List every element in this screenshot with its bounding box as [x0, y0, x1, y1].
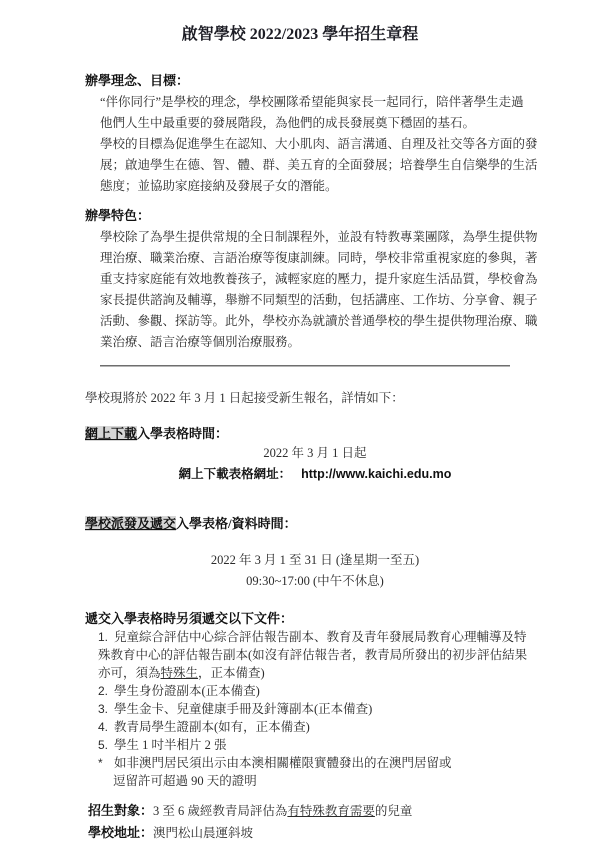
paragraph-line: 學校除了為學生提供常規的全日制課程外，並設有特教專業團隊，為學生提供物	[100, 227, 545, 248]
submission-highlight: 學校派發及遞交	[85, 516, 176, 531]
list-item: 2.學生身份證副本(正本備查)	[98, 682, 545, 700]
submission-heading: 學校派發及遞交入學表格/資料時間：	[85, 515, 545, 533]
list-item-text: 學生 1 吋半相片 2 張	[114, 738, 227, 752]
online-download-date: 2022 年 3 月 1 日起	[85, 443, 545, 464]
submission-heading-rest: 入學表格/資料時間：	[176, 516, 297, 531]
list-item-number: 3.	[98, 700, 114, 718]
list-item-number: 5.	[98, 736, 114, 754]
list-item: 1.兒童綜合評估中心綜合評估報告副本、教育及青年發展局教育心理輔導及特	[98, 628, 545, 646]
enrollment-notice-line: 學校現將於 2022 年 3 月 1 日起接受新生報名，詳情如下：	[85, 389, 545, 407]
admission-notice-document: 啟智學校 2022/2023 學年招生章程 辦學理念、目標： “伴你同行”是學校…	[0, 0, 600, 848]
documents-list: 1.兒童綜合評估中心綜合評估報告副本、教育及青年發展局教育心理輔導及特 殊教育中…	[98, 628, 545, 790]
asterisk-marker: *	[98, 754, 114, 772]
school-address-text: 澳門松山晨運斜坡	[153, 826, 253, 840]
paragraph-line: 家長提供諮詢及輔導，舉辦不同類型的活動，包括講座、工作坊、分享會、親子	[100, 290, 545, 311]
list-item-text: 教青局學生證副本(如有，正本備查)	[114, 720, 310, 734]
underlined-term: 有特殊教育需要	[287, 804, 375, 818]
list-item-text: 兒童綜合評估中心綜合評估報告副本、教育及青年發展局教育心理輔導及特	[114, 630, 527, 644]
page-title: 啟智學校 2022/2023 學年招生章程	[0, 24, 600, 46]
paragraph-line: 展；啟迪學生在德、智、體、群、美五育的全面發展；培養學生自信樂學的生活	[100, 155, 545, 176]
documents-heading: 遞交入學表格時另須遞交以下文件：	[85, 610, 545, 628]
paragraph-line: 態度；並協助家庭接納及發展子女的潛能。	[100, 176, 545, 197]
school-address-label: 學校地址：	[88, 825, 153, 840]
online-download-heading-rest: 入學表格時間：	[137, 426, 228, 441]
section-heading-philosophy: 辦學理念、目標：	[85, 72, 545, 90]
horizontal-divider	[100, 365, 510, 367]
list-item-continuation: 亦可，須為特殊生，正本備查)	[98, 664, 545, 682]
paragraph-line: 重支持家庭能有效地教養孩子，減輕家庭的壓力，提升家庭生活品質，學校會為	[100, 269, 545, 290]
section-heading-features: 辦學特色：	[85, 207, 545, 225]
online-download-highlight: 網上下載	[85, 426, 137, 441]
non-resident-note-continuation: 逗留許可超過 90 天的證明	[113, 772, 545, 790]
paragraph-line: “伴你同行”是學校的理念，學校團隊希望能與家長一起同行，陪伴著學生走過	[100, 92, 545, 113]
list-item-text: ，正本備查)	[198, 666, 265, 680]
target-audience-text: 的兒童	[375, 804, 413, 818]
paragraph-line: 業治療、語言治療等個別治療服務。	[100, 332, 545, 353]
underlined-term: 特殊生	[161, 666, 199, 680]
list-item-number: 4.	[98, 718, 114, 736]
paragraph-line: 他們人生中最重要的發展階段，為他們的成長發展奠下穩固的基石。	[100, 113, 545, 134]
features-paragraph: 學校除了為學生提供常規的全日制課程外，並設有特教專業團隊，為學生提供物 理治療、…	[100, 227, 545, 353]
target-audience-label: 招生對象：	[88, 803, 153, 818]
note-text: 如非澳門居民須出示由本澳相關權限實體發出的在澳門居留或	[114, 756, 452, 770]
list-item: 4.教青局學生證副本(如有，正本備查)	[98, 718, 545, 736]
list-item-text: 學生金卡、兒童健康手冊及針簿副本(正本備查)	[114, 702, 372, 716]
submission-date: 2022 年 3 月 1 至 31 日 (逢星期一至五)	[85, 550, 545, 571]
paragraph-line: 理治療、職業治療、言語治療等復康訓練。同時，學校非常重視家庭的參與，著	[100, 248, 545, 269]
target-audience-row: 招生對象：3 至 6 歲經教青局評估為有特殊教育需要的兒童	[88, 800, 545, 822]
online-download-heading: 網上下載入學表格時間：	[85, 425, 545, 443]
philosophy-paragraph: “伴你同行”是學校的理念，學校團隊希望能與家長一起同行，陪伴著學生走過 他們人生…	[100, 92, 545, 197]
non-resident-note: *如非澳門居民須出示由本澳相關權限實體發出的在澳門居留或	[98, 754, 545, 772]
list-item-continuation: 殊教育中心的評估報告副本(如沒有評估報告者，教青局所發出的初步評估結果	[98, 646, 545, 664]
paragraph-line: 活動、參觀、探訪等。此外，學校亦為就讀於普通學校的學生提供物理治療、職	[100, 311, 545, 332]
document-body: 辦學理念、目標： “伴你同行”是學校的理念，學校團隊希望能與家長一起同行，陪伴著…	[0, 72, 600, 844]
list-item-text: 亦可，須為	[98, 666, 161, 680]
list-item-number: 2.	[98, 682, 114, 700]
school-address-row: 學校地址：澳門松山晨運斜坡	[88, 822, 545, 844]
target-audience-text: 3 至 6 歲經教青局評估為	[153, 804, 287, 818]
paragraph-line: 學校的目標為促進學生在認知、大小肌肉、語言溝通、自理及社交等各方面的發	[100, 134, 545, 155]
list-item-number: 1.	[98, 628, 114, 646]
download-url-line: 網上下載表格網址：http://www.kaichi.edu.mo	[85, 464, 545, 485]
download-url: http://www.kaichi.edu.mo	[301, 467, 451, 481]
submission-time: 09:30~17:00 (中午不休息)	[85, 571, 545, 592]
list-item: 5.學生 1 吋半相片 2 張	[98, 736, 545, 754]
list-item-text: 學生身份證副本(正本備查)	[114, 684, 260, 698]
download-url-label: 網上下載表格網址：	[179, 467, 292, 481]
list-item: 3.學生金卡、兒童健康手冊及針簿副本(正本備查)	[98, 700, 545, 718]
